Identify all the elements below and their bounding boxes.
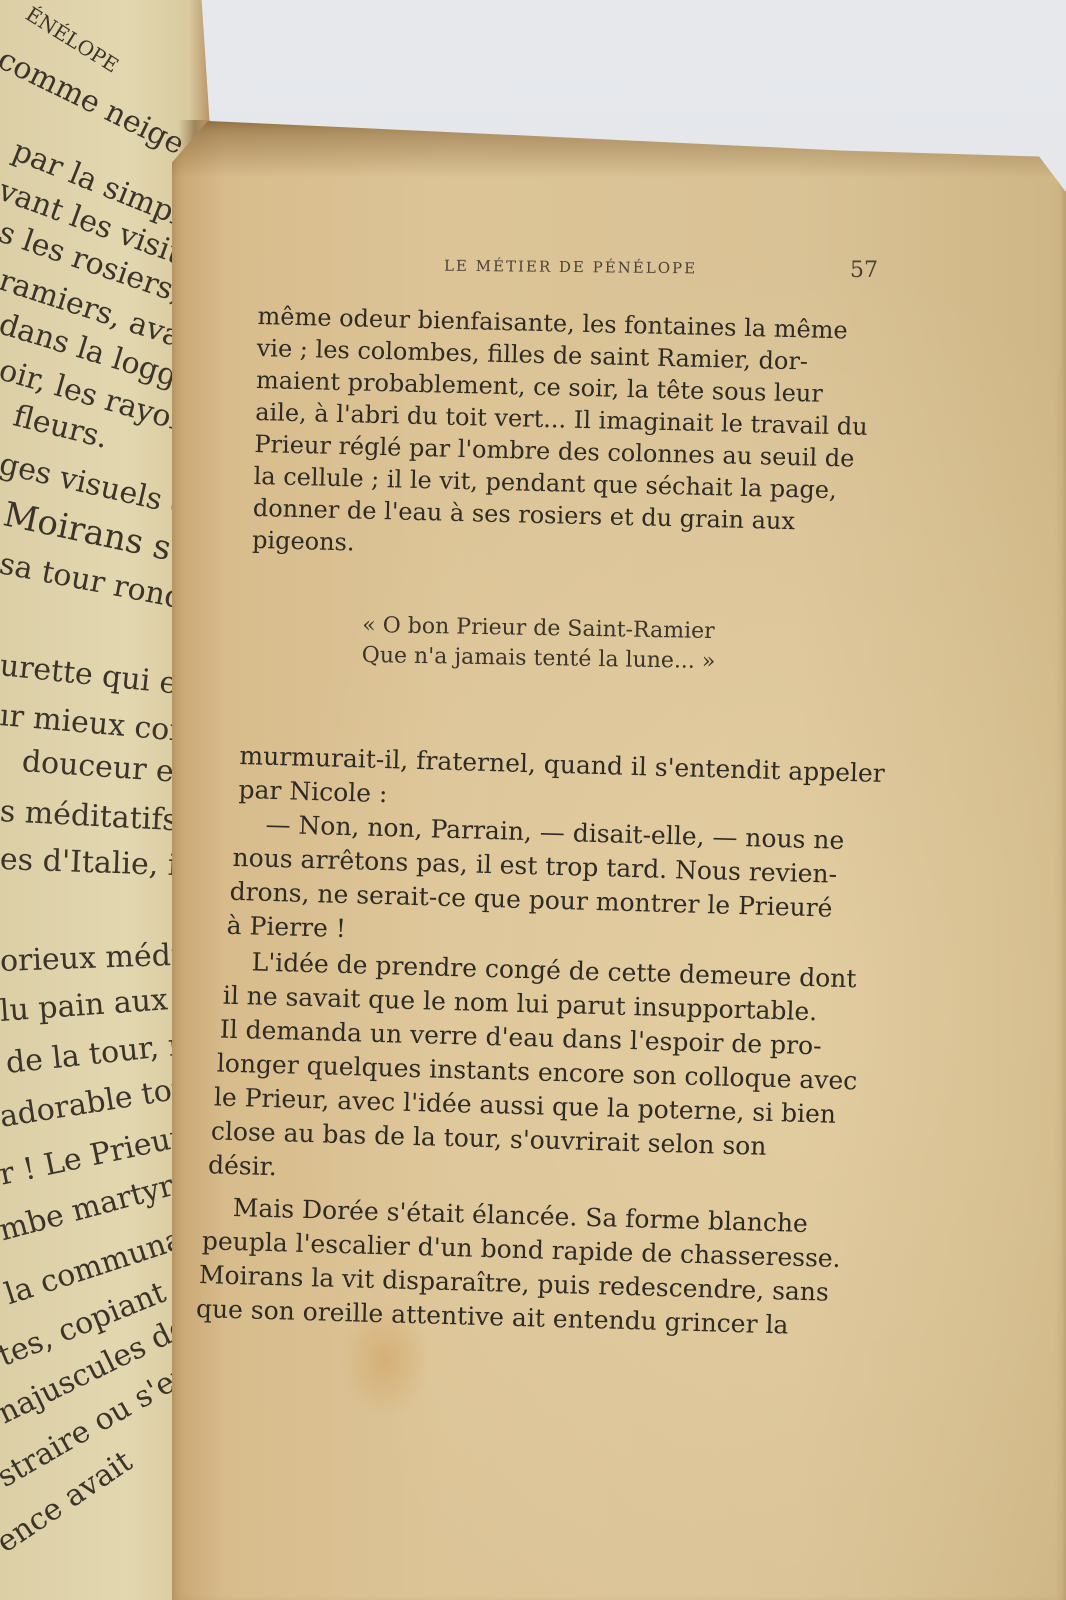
- running-head: LE MÉTIER DE PÉNÉLOPE: [444, 257, 697, 278]
- page-number: 57: [850, 258, 878, 283]
- text-line: désir.: [208, 1147, 278, 1184]
- verse-quote: « O bon Prieur de Saint-Ramier Que n'a j…: [362, 611, 717, 677]
- text-line: par Nicole :: [238, 772, 388, 811]
- text-line: pigeons.: [252, 524, 355, 558]
- verse-line: Que n'a jamais tenté la lune... »: [362, 641, 716, 677]
- text-line: à Pierre !: [226, 908, 346, 946]
